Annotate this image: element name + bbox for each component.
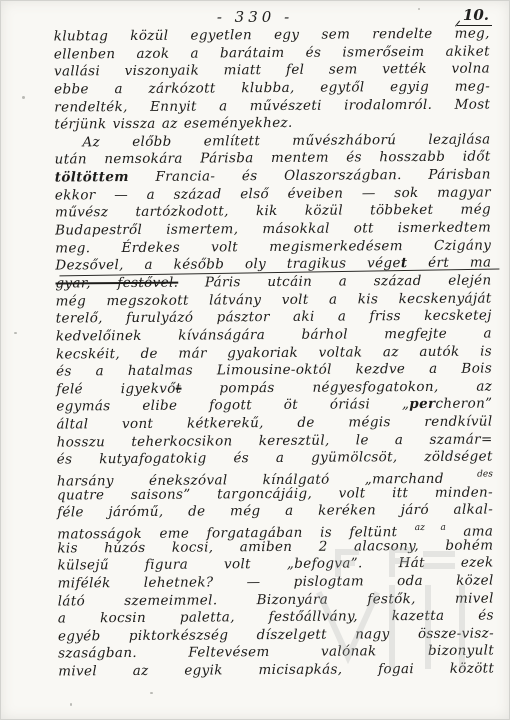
manuscript-segment: az a — [415, 523, 446, 533]
manuscript-segment: és a hatalmas Limousine-októl kezdve a B… — [56, 361, 492, 380]
manuscript-segment: által vont kétkerekű, de mégis rendkívül — [56, 414, 492, 433]
manuscript-segment: meg. Érdekes volt megismerkedésem Czigán… — [55, 237, 491, 256]
manuscript-segment: des — [444, 469, 493, 479]
manuscript-segment: felé igyekvő — [56, 380, 176, 397]
manuscript-segment: hosszu teherkocsikon keresztül, le a sza… — [57, 431, 493, 450]
manuscript-segment: művész tartózkodott, kik közül többeket … — [55, 202, 491, 221]
page-number-corner: 10. — [457, 6, 492, 26]
scan-speck — [22, 96, 25, 99]
manuscript-segment: ellenben azok a barátaim és ismerőseim a… — [54, 43, 490, 62]
manuscript-segment: és kutyafogatokig és a gyümölcsöt, zölds… — [57, 449, 493, 468]
scan-speck — [70, 703, 72, 706]
manuscript-segment: Budapestről ismertem, másokkal ott ismer… — [55, 220, 491, 239]
manuscript-text: klubtag közül egyetlen egy sem rendelte … — [54, 25, 495, 681]
scan-speck — [14, 332, 17, 334]
manuscript-segment: kis húzós kocsi, amiben 2 alacsony, bohé… — [57, 537, 493, 556]
manuscript-segment: ekkor — a század első éveiben — sok magy… — [55, 184, 491, 203]
manuscript-segment: ért ma — [407, 255, 491, 272]
manuscript-segment: kedvelőinek kívánságára bárhol megfejte … — [56, 325, 492, 344]
manuscript-segment: térjünk vissza az eseményekhez. — [54, 115, 292, 133]
manuscript-segment: Francia- és Olaszországban. Párisban — [129, 167, 491, 186]
manuscript-segment: egyéb piktorkészség díszelgett nagy össz… — [58, 625, 494, 644]
scan-speck — [150, 692, 153, 694]
manuscript-segment: töltöttem — [55, 169, 129, 186]
page-number-center: - 330 - — [0, 8, 510, 26]
manuscript-segment: a kocsin paletta, festőállvány, kazetta … — [58, 608, 494, 627]
manuscript-segment: terelő, furulyázó pásztor aki a friss ke… — [56, 308, 492, 327]
manuscript-segment: féle járómű, de még a keréken járó alkal… — [57, 502, 493, 521]
manuscript-segment: per — [409, 396, 435, 412]
manuscript-segment: Az előbb említett művészháború lezajlása — [82, 131, 490, 150]
manuscript-line: mivel az egyik micisapkás, fogai között — [58, 661, 494, 682]
manuscript-segment: rendelték, Ennyit a művészeti irodalomró… — [54, 96, 490, 115]
manuscript-segment: mifélék lehetnek? — pislogtam oda közel — [58, 572, 494, 591]
manuscript-segment: még megszokott látvány volt a kis kecske… — [56, 290, 492, 309]
manuscript-segment: Dezsővel, a később oly tragikus vége — [55, 255, 401, 273]
manuscript-segment: ebbe a zárkózott klubba, egytől egyig me… — [54, 78, 490, 97]
manuscript-segment: gyar, festővel. — [55, 275, 178, 292]
scan-speck — [418, 8, 420, 10]
manuscript-segment: kecskéit, de már gyakoriak voltak az aut… — [56, 343, 492, 362]
manuscript-segment: egymás elibe fogott öt óriási „ — [56, 397, 409, 415]
manuscript-segment: külsejű figura volt „befogva”. Hát ezek — [57, 555, 493, 574]
manuscript-segment: klubtag közül egyetlen egy sem rendelte … — [54, 25, 490, 44]
manuscript-segment: mivel az egyik micisapkás, fogai között — [58, 661, 494, 680]
manuscript-segment: szaságban. Feltevésem valónak bizonyult — [58, 643, 494, 662]
manuscript-segment: cheron” — [435, 396, 492, 412]
manuscript-segment: quatre saisons” targoncájáig, volt itt m… — [57, 484, 493, 503]
manuscript-page: - 330 - 10. klubtag közül egyetlen egy s… — [0, 0, 510, 720]
manuscript-segment: látó szemeimmel. Bizonyára festők, mivel — [58, 590, 494, 609]
manuscript-segment: vallási viszonyaik miatt fel sem vették … — [54, 61, 490, 80]
manuscript-segment: pompás négyesfogatokon, az — [181, 378, 492, 396]
manuscript-segment: Páris utcáin a század elején — [178, 272, 491, 290]
manuscript-segment: után nemsokára Párisba mentem és hosszab… — [55, 149, 491, 168]
